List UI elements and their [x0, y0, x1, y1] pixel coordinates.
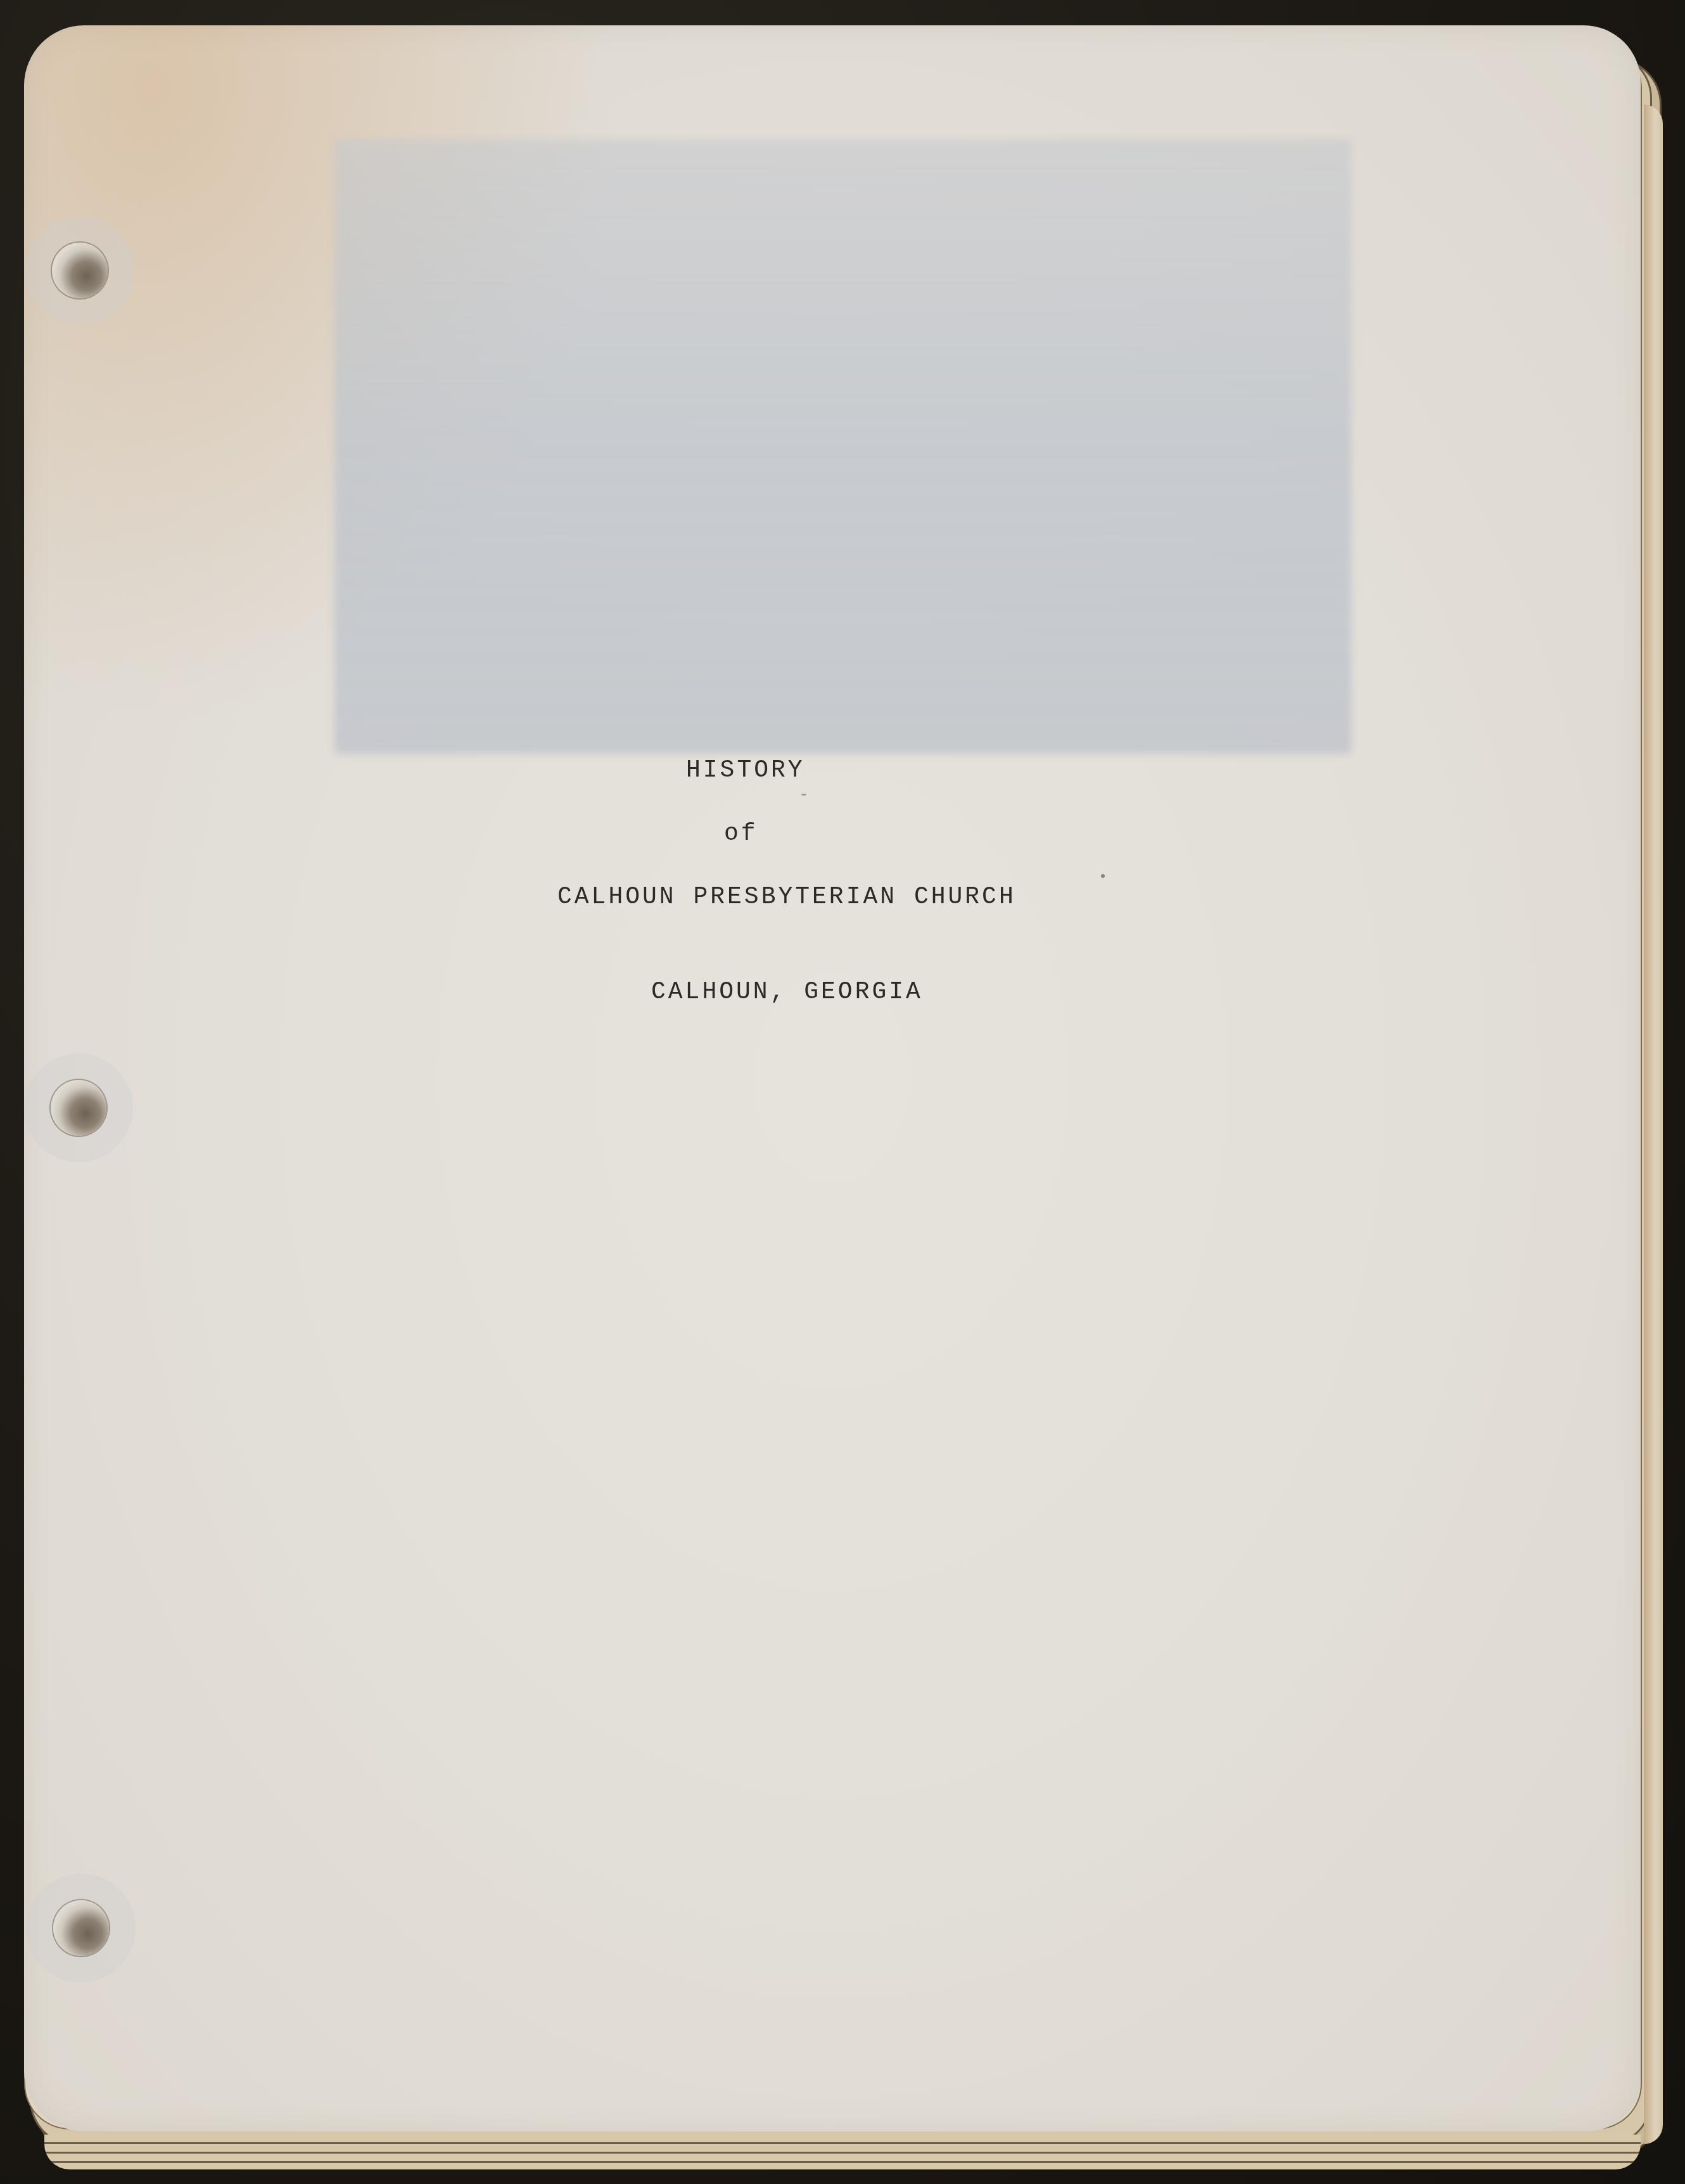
photo-bleed-through: [334, 139, 1351, 754]
title-of: of: [724, 822, 758, 846]
punch-hole-icon: [51, 1080, 106, 1136]
ink-speck: [1101, 874, 1105, 878]
title-history: HISTORY: [686, 759, 805, 783]
punch-hole-icon: [52, 243, 108, 298]
title-church-name: CALHOUN PRESBYTERIAN CHURCH: [557, 886, 1016, 910]
title-location: CALHOUN, GEORGIA: [651, 981, 923, 1005]
punch-hole-icon: [53, 1900, 109, 1956]
ink-speck: [801, 794, 806, 796]
title-page: HISTORY of CALHOUN PRESBYTERIAN CHURCH C…: [24, 25, 1641, 2131]
stacked-page-edges-bottom: [44, 2135, 1641, 2169]
stacked-page-edges-right: [1644, 105, 1663, 2144]
